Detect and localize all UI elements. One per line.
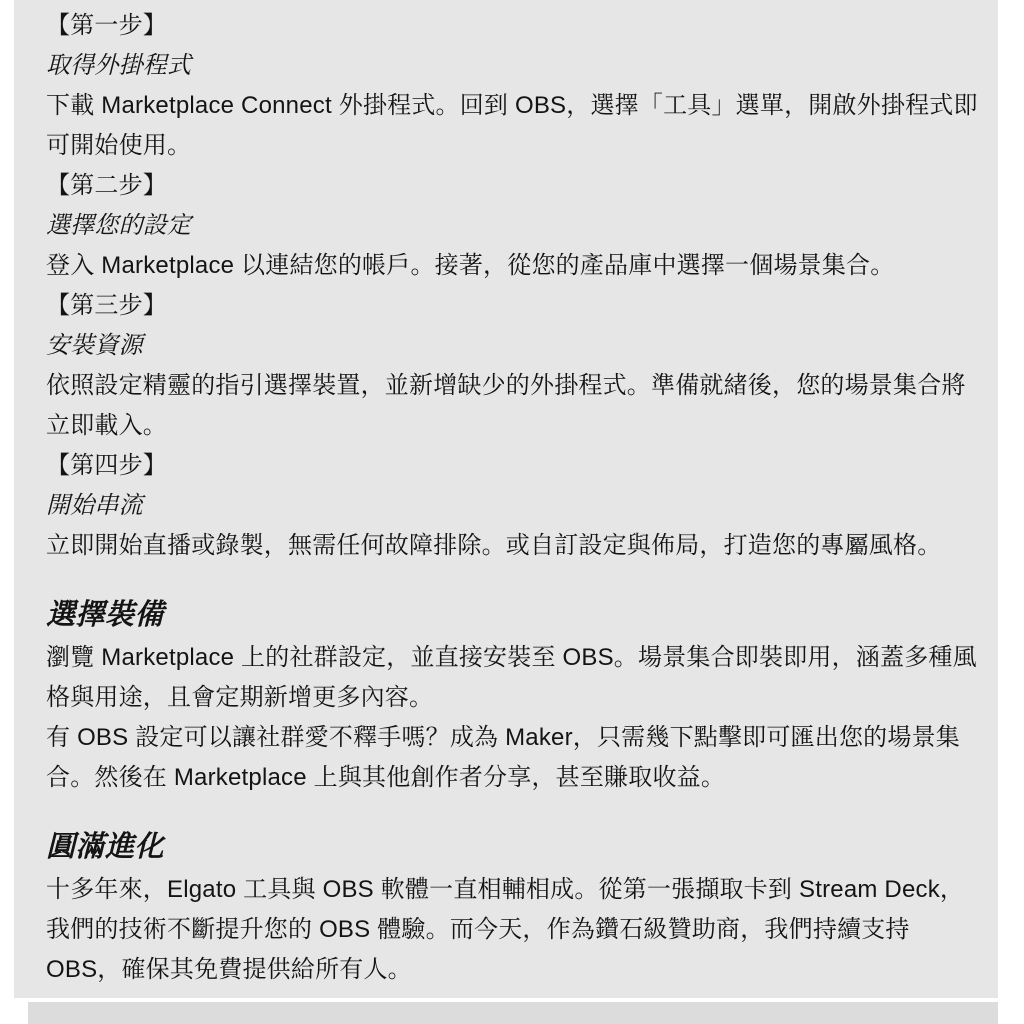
step-description: 依照設定精靈的指引選擇裝置，並新增缺少的外掛程式。準備就緒後，您的場景集合將立即… bbox=[46, 366, 982, 446]
evolution-section: 圓滿進化 十多年來，Elgato 工具與 OBS 軟體一直相輔相成。從第一張擷取… bbox=[46, 824, 982, 990]
step-tag: 【第二步】 bbox=[46, 166, 982, 206]
step-block: 【第一步】 取得外掛程式 下載 Marketplace Connect 外掛程式… bbox=[46, 6, 982, 166]
step-subtitle: 取得外掛程式 bbox=[46, 46, 982, 86]
step-subtitle: 選擇您的設定 bbox=[46, 206, 982, 246]
content-panel: 【第一步】 取得外掛程式 下載 Marketplace Connect 外掛程式… bbox=[14, 0, 998, 998]
step-tag: 【第三步】 bbox=[46, 286, 982, 326]
step-tag: 【第一步】 bbox=[46, 6, 982, 46]
step-description: 下載 Marketplace Connect 外掛程式。回到 OBS，選擇「工具… bbox=[46, 86, 982, 166]
paragraph: 十多年來，Elgato 工具與 OBS 軟體一直相輔相成。從第一張擷取卡到 St… bbox=[46, 870, 982, 990]
step-block: 【第二步】 選擇您的設定 登入 Marketplace 以連結您的帳戶。接著，從… bbox=[46, 166, 982, 286]
section-heading-evolution: 圓滿進化 bbox=[46, 824, 982, 870]
step-description: 立即開始直播或錄製，無需任何故障排除。或自訂設定與佈局，打造您的專屬風格。 bbox=[46, 526, 982, 566]
paragraph: 瀏覽 Marketplace 上的社群設定，並直接安裝至 OBS。場景集合即裝即… bbox=[46, 638, 982, 718]
next-section-strip bbox=[28, 1002, 998, 1024]
step-subtitle: 安裝資源 bbox=[46, 326, 982, 366]
section-heading-gear: 選擇裝備 bbox=[46, 592, 982, 638]
step-description: 登入 Marketplace 以連結您的帳戶。接著，從您的產品庫中選擇一個場景集… bbox=[46, 246, 982, 286]
step-subtitle: 開始串流 bbox=[46, 486, 982, 526]
step-block: 【第四步】 開始串流 立即開始直播或錄製，無需任何故障排除。或自訂設定與佈局，打… bbox=[46, 446, 982, 566]
page: 【第一步】 取得外掛程式 下載 Marketplace Connect 外掛程式… bbox=[0, 0, 1024, 1024]
step-block: 【第三步】 安裝資源 依照設定精靈的指引選擇裝置，並新增缺少的外掛程式。準備就緒… bbox=[46, 286, 982, 446]
paragraph: 有 OBS 設定可以讓社群愛不釋手嗎？成為 Maker，只需幾下點擊即可匯出您的… bbox=[46, 718, 982, 798]
gear-section: 選擇裝備 瀏覽 Marketplace 上的社群設定，並直接安裝至 OBS。場景… bbox=[46, 592, 982, 798]
step-tag: 【第四步】 bbox=[46, 446, 982, 486]
